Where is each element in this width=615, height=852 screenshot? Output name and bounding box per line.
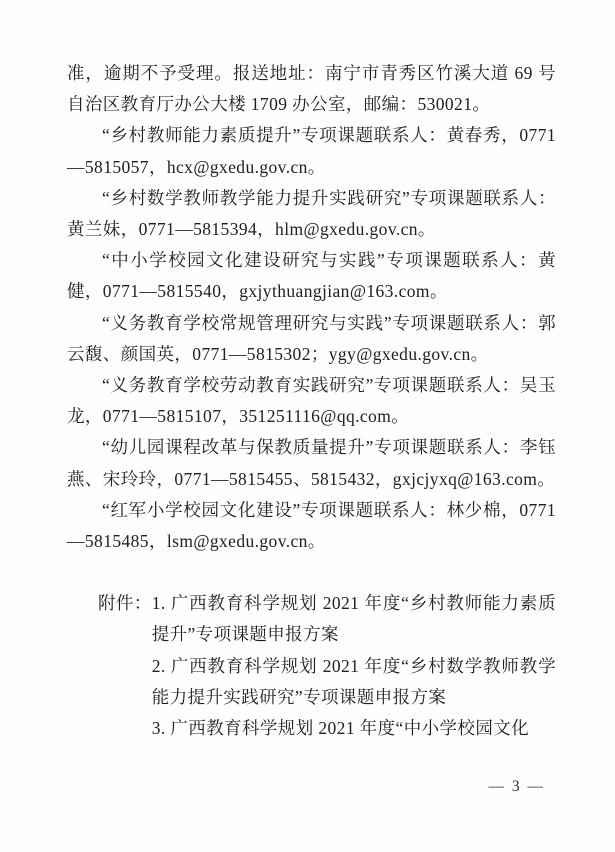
contact-paragraph-rural-math-teacher: “乡村数学教师教学能力提升实践研究”专项课题联系人：黄兰妹，0771—58153…: [67, 183, 556, 245]
page-number: — 3 —: [489, 778, 546, 796]
contact-paragraph-school-culture: “中小学校园文化建设研究与实践”专项课题联系人：黄健，0771—5815540，…: [67, 245, 556, 307]
contact-paragraph-red-army-school: “红军小学校园文化建设”专项课题联系人：林少棉，0771—5815485，lsm…: [67, 495, 556, 557]
attachments-section: 附件： 1. 广西教育科学规划 2021 年度“乡村教师能力素质提升”专项课题申…: [98, 588, 556, 744]
attachment-item-1: 1. 广西教育科学规划 2021 年度“乡村教师能力素质提升”专项课题申报方案: [152, 588, 556, 650]
contact-paragraph-labor-education: “义务教育学校劳动教育实践研究”专项课题联系人：吴玉龙，0771—5815107…: [67, 370, 556, 432]
attachment-item-2: 2. 广西教育科学规划 2021 年度“乡村数学教师教学能力提升实践研究”专项课…: [152, 651, 556, 713]
contact-paragraph-rural-teacher: “乡村教师能力素质提升”专项课题联系人：黄春秀，0771—5815057，hcx…: [67, 120, 556, 182]
attachment-item-3: 3. 广西教育科学规划 2021 年度“中小学校园文化: [152, 713, 556, 744]
contact-paragraph-routine-management: “义务教育学校常规管理研究与实践”专项课题联系人：郭云馥、颜国英，0771—58…: [67, 308, 556, 370]
body-paragraph-continuation: 准，逾期不予受理。报送地址：南宁市青秀区竹溪大道 69 号自治区教育厅办公大楼 …: [67, 58, 556, 120]
contact-paragraph-kindergarten: “幼儿园课程改革与保教质量提升”专项课题联系人：李钰燕、宋玲玲，0771—581…: [67, 432, 556, 494]
document-body: 准，逾期不予受理。报送地址：南宁市青秀区竹溪大道 69 号自治区教育厅办公大楼 …: [67, 58, 556, 744]
attachments-list: 1. 广西教育科学规划 2021 年度“乡村教师能力素质提升”专项课题申报方案 …: [152, 588, 556, 744]
attachments-label: 附件：: [98, 588, 152, 619]
document-page: 准，逾期不予受理。报送地址：南宁市青秀区竹溪大道 69 号自治区教育厅办公大楼 …: [0, 0, 615, 852]
